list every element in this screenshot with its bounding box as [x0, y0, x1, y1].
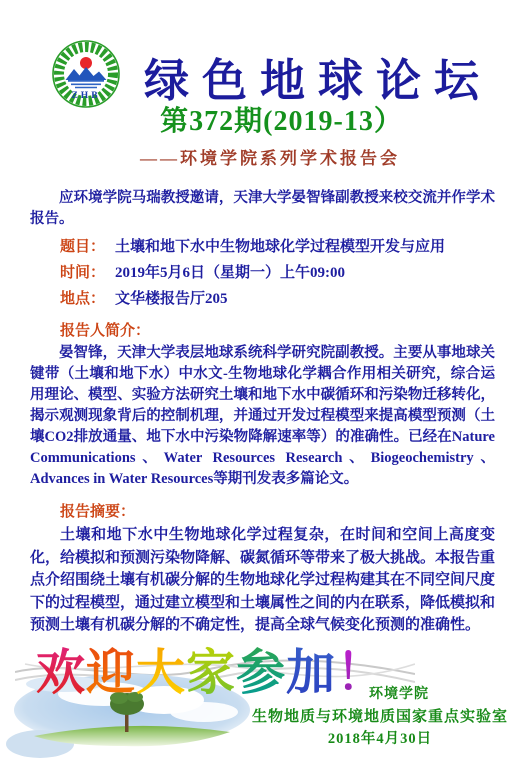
- welcome-char: 欢: [36, 634, 86, 704]
- time-label: 时间：: [60, 265, 105, 281]
- issue-number: 第372期(2019-13）: [20, 99, 523, 139]
- location-value: 文华楼报告厅205: [115, 291, 228, 307]
- signature-school: 环境学院: [245, 684, 515, 706]
- time-value: 2019年5月6日（星期一）上午09:00: [115, 265, 345, 281]
- series-subtitle: ——环境学院系列学术报告会: [0, 144, 523, 169]
- welcome-char: 大: [136, 634, 186, 704]
- zhb-logo-icon: ZHB: [52, 40, 120, 108]
- poster-body: 应环境学院马瑞教授邀请，天津大学晏智锋副教授来校交流并作学术报告。 题目：土壤和…: [30, 188, 495, 637]
- signature-date: 2018年4月30日: [245, 728, 515, 750]
- welcome-char: 家: [186, 634, 236, 704]
- topic-label: 题目：: [60, 239, 105, 255]
- location-label: 地点：: [60, 291, 105, 307]
- speaker-intro-heading: 报告人简介：: [30, 321, 495, 341]
- abstract-heading: 报告摘要：: [30, 502, 495, 522]
- abstract-paragraph: 土壤和地下水中生物地球化学过程复杂，在时间和空间上高度变化，给模拟和预测污染物降…: [30, 524, 495, 637]
- welcome-char: 迎: [86, 634, 136, 704]
- topic-value: 土壤和地下水中生物地球化学过程模型开发与应用: [115, 239, 445, 255]
- speaker-intro-paragraph: 晏智锋，天津大学表层地球系统科学研究院副教授。主要从事地球关键带（土壤和地下水）…: [30, 343, 495, 490]
- signature-block: 环境学院 生物地质与环境地质国家重点实验室 2018年4月30日: [245, 684, 515, 750]
- signature-lab: 生物地质与环境地质国家重点实验室: [245, 706, 515, 728]
- field-time: 时间：2019年5月6日（星期一）上午09:00: [30, 263, 495, 283]
- field-topic: 题目：土壤和地下水中生物地球化学过程模型开发与应用: [30, 237, 495, 257]
- invitation-paragraph: 应环境学院马瑞教授邀请，天津大学晏智锋副教授来校交流并作学术报告。: [30, 188, 495, 229]
- field-location: 地点：文华楼报告厅205: [30, 289, 495, 309]
- seminar-poster: ZHB 绿色地球论坛 第372期(2019-13） ——环境学院系列学术报告会 …: [0, 0, 523, 768]
